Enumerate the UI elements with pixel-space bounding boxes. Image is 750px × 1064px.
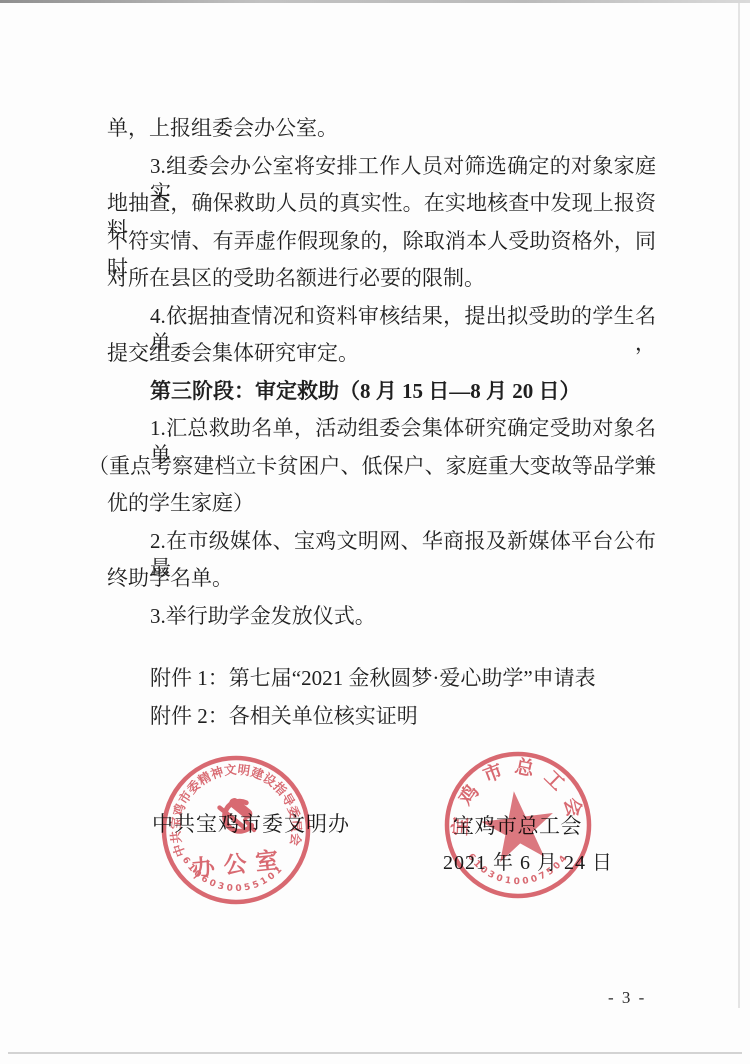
body-line: 1.汇总救助名单，活动组委会集体研究确定受助对象名单。 [150, 415, 656, 442]
scan-top-edge [0, 0, 750, 3]
hammer-sickle-icon [219, 800, 254, 833]
body-line: 对所在县区的受助名额进行必要的限制。 [107, 265, 485, 292]
document-page: 单，上报组委会办公室。3.组委会办公室将安排工作人员对筛选确定的对象家庭实地抽查… [0, 0, 750, 1064]
body-line: 第三阶段：审定救助（8 月 15 日—8 月 20 日） [150, 378, 581, 405]
official-seal-left: 中共宝鸡市委精神文明建设指导委员会 办公室 6106030055101 [148, 742, 324, 918]
body-line: 地抽查，确保救助人员的真实性。在实地核查中发现上报资料 [107, 190, 656, 217]
body-line: 单，上报组委会办公室。 [107, 115, 338, 142]
scan-bottom-edge [8, 1052, 742, 1054]
body-line: 附件 1：第七届“2021 金秋圆梦·爱心助学”申请表 [150, 665, 596, 692]
body-line: 3.组委会办公室将安排工作人员对筛选确定的对象家庭实 [150, 153, 656, 180]
page-number: - 3 - [608, 988, 668, 1008]
body-line: 不符实情、有弄虚作假现象的，除取消本人受助资格外，同时 [107, 228, 656, 255]
body-line: 优的学生家庭） [107, 490, 254, 517]
official-seal-right: 宝鸡市总工会 6103010007504 [429, 736, 607, 914]
body-line: （重点考察建档立卡贫困户、低保户、家庭重大变故等品学兼 [88, 453, 656, 480]
star-icon [478, 787, 558, 864]
body-line: 2.在市级媒体、宝鸡文明网、华商报及新媒体平台公布最 [150, 528, 656, 555]
body-line: 提交组委会集体研究审定。 [107, 340, 359, 367]
body-line: 终助学名单。 [107, 565, 233, 592]
scan-right-edge [738, 3, 740, 1008]
body-line: 附件 2：各相关单位核实证明 [150, 703, 418, 730]
body-line: 3.举行助学金发放仪式。 [150, 603, 376, 630]
body-line: 4.依据抽查情况和资料审核结果，提出拟受助的学生名单， [150, 303, 656, 330]
